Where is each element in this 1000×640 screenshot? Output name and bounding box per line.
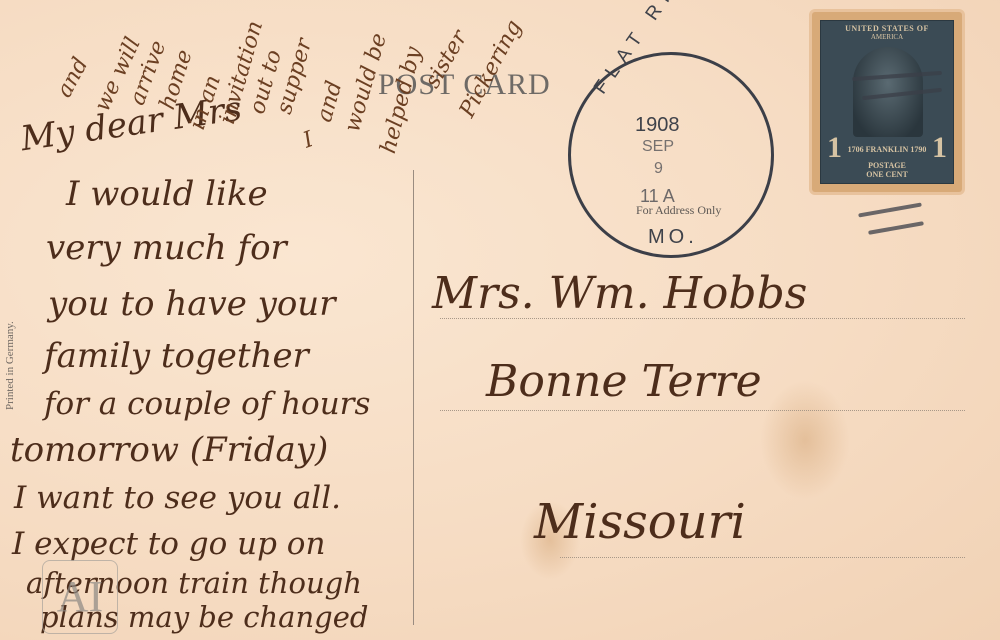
printed-note: Printed in Germany. xyxy=(4,321,16,410)
cancel-mark xyxy=(868,221,924,235)
postage-stamp: UNITED STATES OF AMERICA 1 1 1706 FRANKL… xyxy=(812,12,962,192)
margin-note: and xyxy=(52,53,93,101)
address-only-note: For Address Only xyxy=(636,203,721,218)
message-line: I would like xyxy=(66,174,268,214)
address-line xyxy=(560,557,965,558)
center-divider xyxy=(413,170,414,625)
message-line: you to have your xyxy=(48,284,335,324)
message-line: tomorrow (Friday) xyxy=(10,430,328,470)
stamp-country-sub: AMERICA xyxy=(821,33,953,41)
message-line: very much for xyxy=(46,228,287,268)
postmark-state: MO. xyxy=(648,226,698,249)
message-line: I expect to go up on xyxy=(12,526,325,562)
water-stain xyxy=(760,380,850,500)
message-line: I want to see you all. xyxy=(14,480,341,516)
stamp-value-top: POSTAGE xyxy=(821,161,953,170)
margin-note: I xyxy=(300,127,317,153)
stamp-value-bottom: ONE CENT xyxy=(821,170,953,179)
postmark-day: 9 xyxy=(654,160,663,178)
watermark-logo: AI xyxy=(42,560,118,634)
stamp-value: POSTAGE ONE CENT xyxy=(821,161,953,179)
message-line: for a couple of hours xyxy=(44,386,370,422)
recipient-name: Mrs. Wm. Hobbs xyxy=(432,268,807,319)
recipient-city: Bonne Terre xyxy=(486,356,762,407)
postcard: POST CARD Printed in Germany. UNITED STA… xyxy=(0,0,1000,640)
stamp-name: 1706 FRANKLIN 1790 xyxy=(821,145,953,154)
postmark-month: SEP xyxy=(642,138,674,156)
cancel-mark xyxy=(858,202,922,217)
address-line xyxy=(440,410,965,411)
recipient-state: Missouri xyxy=(534,494,746,550)
stamp-country: UNITED STATES OF xyxy=(821,24,953,33)
postmark-year: 1908 xyxy=(635,114,680,137)
message-line: family together xyxy=(44,336,309,376)
